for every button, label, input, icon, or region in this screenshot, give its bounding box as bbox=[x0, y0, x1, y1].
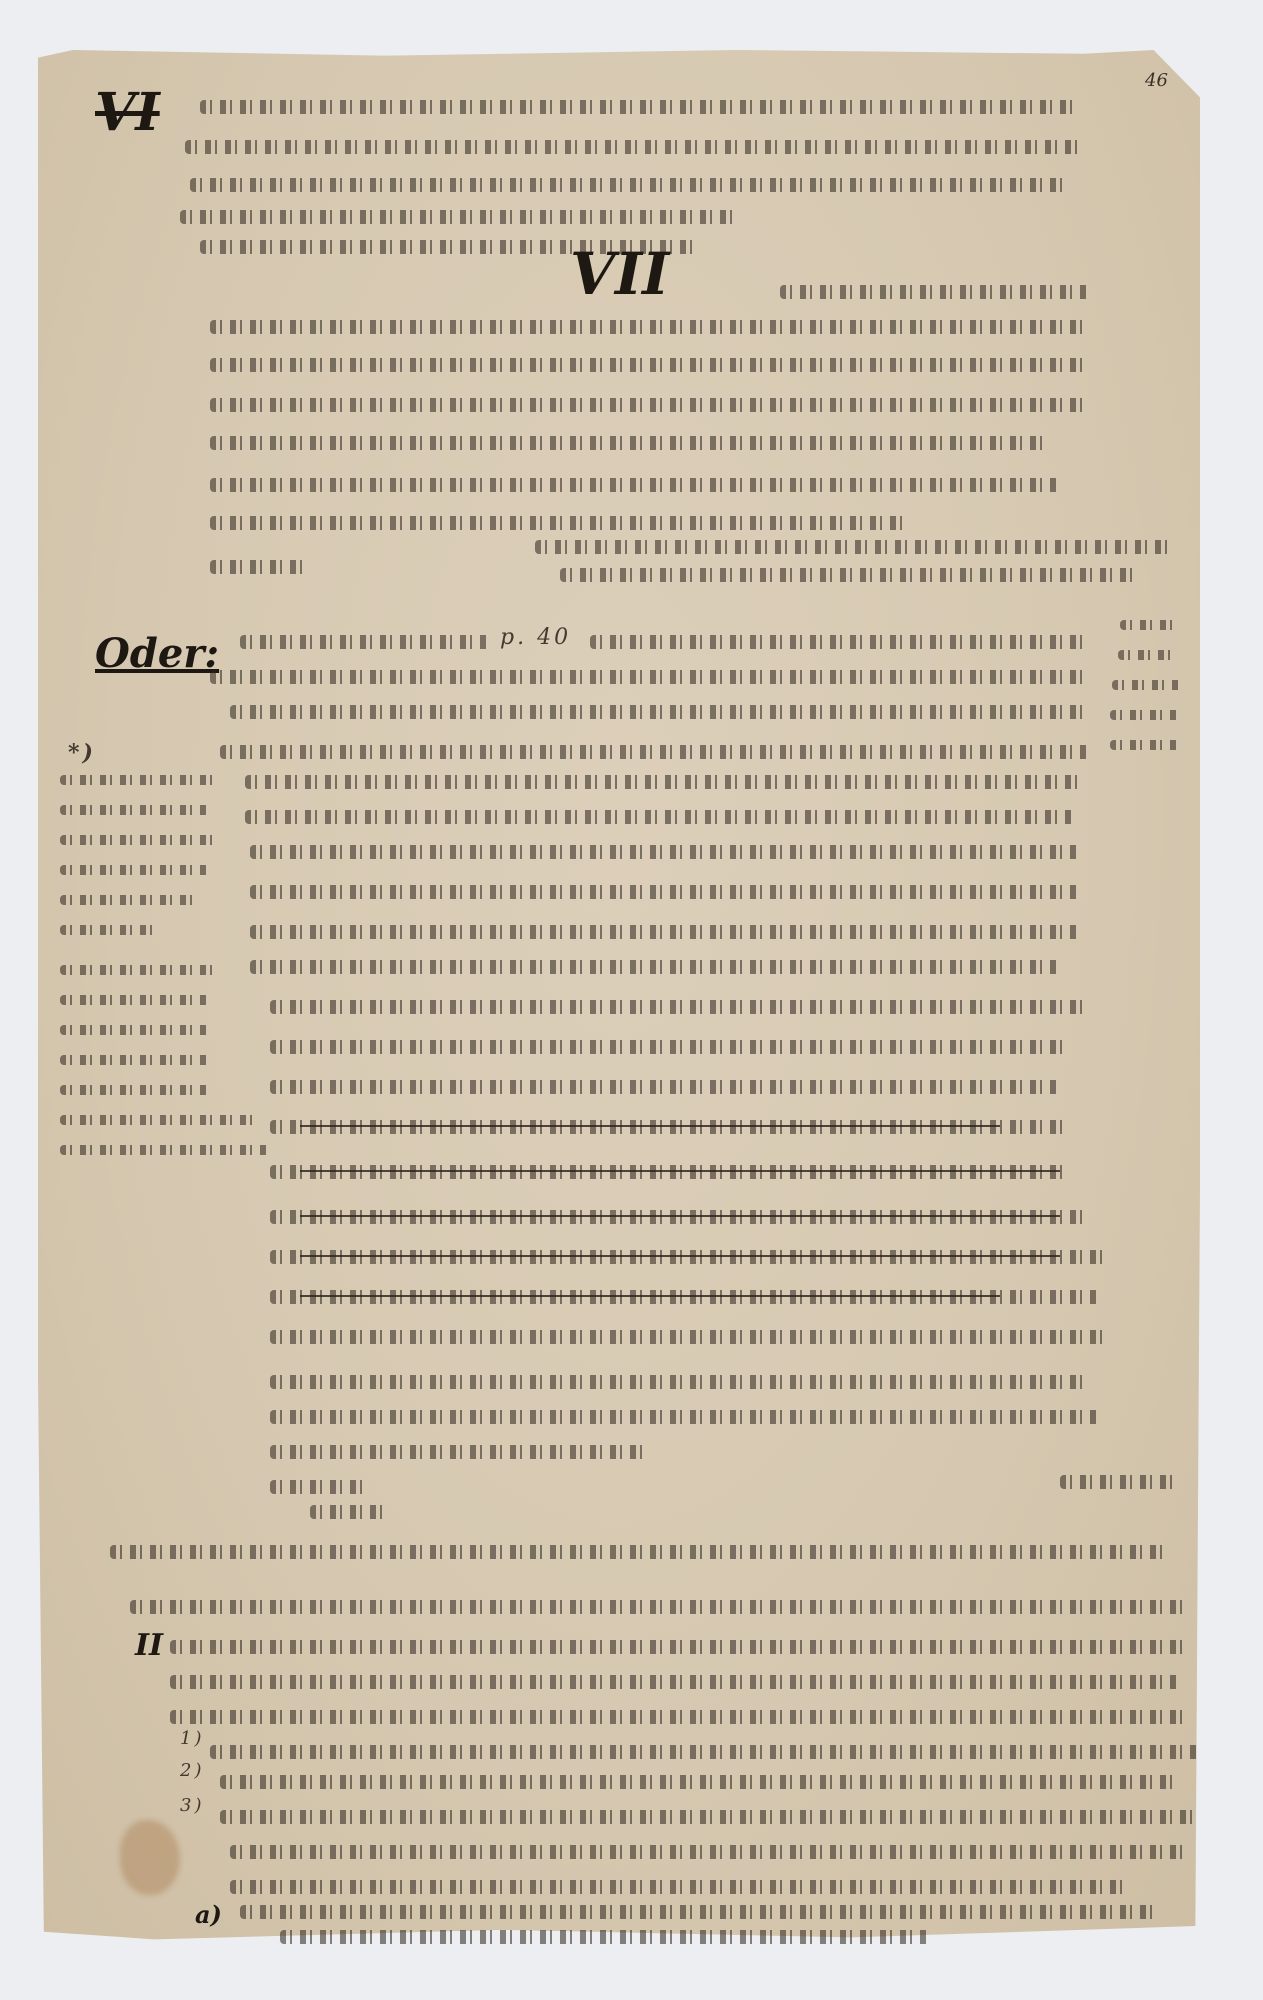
text-line bbox=[230, 1845, 1190, 1859]
text-line bbox=[270, 1120, 1070, 1134]
item-1-marker: 1) bbox=[180, 1728, 204, 1749]
text-line bbox=[270, 1410, 1100, 1424]
section-ii-marker: II bbox=[135, 1628, 163, 1663]
text-line bbox=[210, 516, 910, 530]
text-line bbox=[230, 1880, 1130, 1894]
text-line bbox=[170, 1710, 1190, 1724]
text-line bbox=[245, 775, 1085, 789]
text-line bbox=[220, 745, 1090, 759]
margin-note bbox=[60, 1145, 270, 1155]
manuscript-page bbox=[38, 50, 1200, 1945]
section-vii-heading: VII bbox=[570, 240, 669, 308]
text-line bbox=[560, 568, 1140, 582]
text-line bbox=[1060, 1475, 1180, 1489]
margin-note bbox=[60, 835, 220, 845]
text-line bbox=[185, 140, 1085, 154]
item-2-marker: 2) bbox=[180, 1760, 204, 1781]
strikethrough bbox=[300, 1125, 1000, 1127]
margin-note bbox=[60, 965, 220, 975]
text-line bbox=[110, 1545, 1170, 1559]
text-line bbox=[210, 436, 1050, 450]
margin-note bbox=[60, 865, 210, 875]
text-line bbox=[130, 1600, 1190, 1614]
text-line bbox=[270, 1080, 1060, 1094]
text-line bbox=[210, 560, 310, 574]
text-line bbox=[210, 478, 1060, 492]
water-stain bbox=[120, 1820, 180, 1895]
section-vi-heading: VI bbox=[95, 82, 160, 143]
text-line bbox=[170, 1640, 1190, 1654]
text-line bbox=[240, 1905, 1160, 1919]
text-line bbox=[270, 1290, 1100, 1304]
text-line bbox=[270, 1040, 1070, 1054]
margin-note bbox=[1118, 650, 1178, 660]
text-line bbox=[250, 885, 1080, 899]
margin-note bbox=[60, 1055, 210, 1065]
text-line bbox=[220, 1810, 1200, 1824]
text-line bbox=[535, 540, 1175, 554]
text-line bbox=[250, 845, 1080, 859]
item-3-marker: 3) bbox=[180, 1795, 204, 1816]
strikethrough bbox=[300, 1255, 1060, 1257]
text-line bbox=[270, 1000, 1090, 1014]
margin-note bbox=[60, 775, 220, 785]
text-line bbox=[270, 1375, 1090, 1389]
text-line bbox=[270, 1210, 1090, 1224]
text-line bbox=[280, 1930, 930, 1944]
text-line bbox=[250, 925, 1080, 939]
strikethrough bbox=[300, 1170, 1060, 1172]
text-line bbox=[210, 358, 1090, 372]
oder-heading: Oder: bbox=[95, 630, 219, 677]
text-line bbox=[190, 178, 1070, 192]
text-line bbox=[210, 1745, 1200, 1759]
text-line bbox=[170, 1675, 1180, 1689]
text-line bbox=[210, 320, 1090, 334]
folio-number: 46 bbox=[1145, 70, 1168, 91]
text-line bbox=[250, 960, 1060, 974]
margin-note bbox=[1112, 680, 1182, 690]
margin-note bbox=[60, 895, 200, 905]
margin-note bbox=[1120, 620, 1180, 630]
margin-note bbox=[1110, 740, 1180, 750]
margin-note bbox=[60, 1085, 210, 1095]
margin-note bbox=[60, 1025, 210, 1035]
footnote-marker: *) bbox=[68, 740, 96, 766]
text-line bbox=[240, 635, 490, 649]
text-line bbox=[270, 1480, 370, 1494]
text-line bbox=[270, 1250, 1110, 1264]
text-line bbox=[270, 1165, 1070, 1179]
margin-note bbox=[60, 1115, 260, 1125]
text-line bbox=[210, 670, 1090, 684]
text-line bbox=[180, 210, 740, 224]
text-line bbox=[590, 635, 1090, 649]
text-line bbox=[245, 810, 1075, 824]
text-line bbox=[270, 1330, 1110, 1344]
margin-note bbox=[60, 805, 210, 815]
margin-note bbox=[60, 995, 210, 1005]
text-line bbox=[220, 1775, 1180, 1789]
text-line bbox=[200, 100, 1080, 114]
text-line bbox=[270, 1445, 650, 1459]
margin-note bbox=[1110, 710, 1180, 720]
margin-note bbox=[60, 925, 160, 935]
strikethrough bbox=[300, 1295, 1000, 1297]
text-line bbox=[230, 705, 1090, 719]
text-line bbox=[780, 285, 1090, 299]
text-line bbox=[210, 398, 1090, 412]
text-line bbox=[310, 1505, 390, 1519]
strikethrough bbox=[300, 1215, 1060, 1217]
page-reference: p. 40 bbox=[500, 625, 571, 650]
item-a-marker: a) bbox=[195, 1900, 222, 1929]
